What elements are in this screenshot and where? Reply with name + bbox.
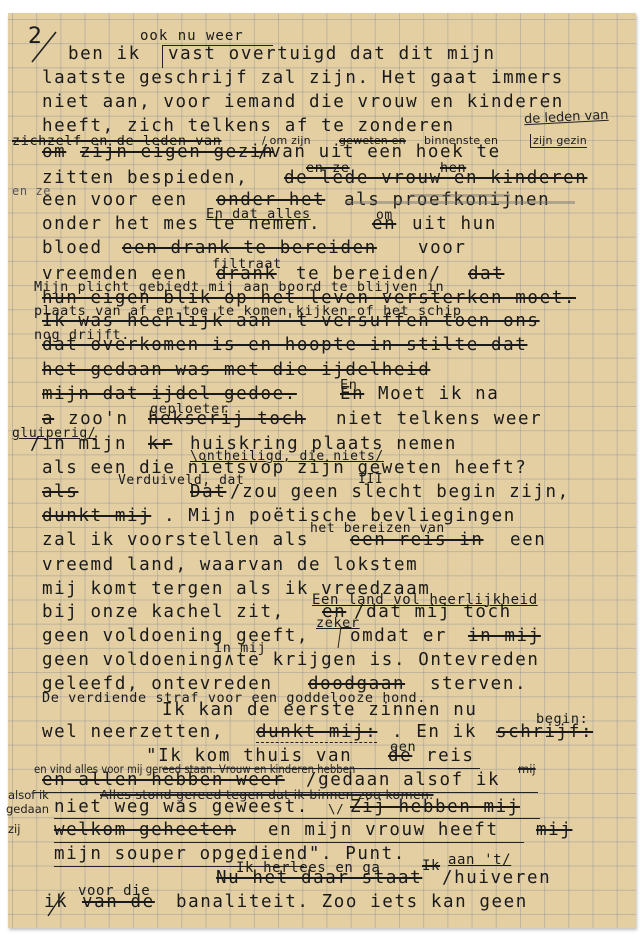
text-line: wel neerzetten, [42,722,224,742]
text-line: als proefkonijnen [344,190,550,210]
struck-text: een drank te bereiden [122,238,377,258]
struck-text: Zij hebben mij [350,797,520,817]
margin-note: alsof ik [8,788,49,802]
text-line: geen voldoening geeft, [42,626,309,646]
text-line: niet aan, voor iemand die vrouw en kinde… [42,92,564,112]
struck-text: in mij [468,626,541,646]
struck-text: de lede vrouw en kinderen [284,168,587,188]
text-line: voor [418,238,467,258]
struck-text: het gedaan was met die ijdelheid [42,360,430,380]
underline-mark [54,818,540,819]
text-line: een [510,530,546,550]
struck-text: En [340,384,364,404]
pencil-smudge [345,201,575,204]
struck-text: de [388,746,412,766]
text-line: reis [426,746,475,766]
text-line: /van uit een hoek te [258,142,501,162]
text-line: banaliteit. Zoo iets kan geen [176,892,528,912]
handwritten-struck-text: mij [518,762,536,776]
strike-slash-icon [44,890,68,918]
struck-text: dunkt mij [42,506,151,526]
text-line: omdat er [350,626,447,646]
insertion: zijn gezin [530,134,587,148]
margin-note: gedaan [6,802,49,816]
text-line: geen voldoening∧te krijgen is. Ontevrede… [42,650,540,670]
text-line: sterven. [430,674,527,694]
text-line: /zou geen slecht begin zijn, [230,482,570,502]
struck-text: Nu het daar staat [216,868,422,888]
text-line: /huiveren [442,868,551,888]
insertion: ook nu weer [140,28,244,44]
insertion: aan 't/ [448,852,511,868]
margin-note: zij [8,822,20,836]
struck-text: zijn eigen gezin [80,142,274,162]
struck-text: hekserij toch [148,409,306,429]
struck-text: schrijf: [496,722,593,742]
struck-text: als [42,482,78,502]
text-line: vast overtuigd dat dit mijn [168,44,496,64]
struck-text: dat overkomen is en hoopte in stilte dat [42,335,527,355]
pencil-smudge [410,194,510,197]
underline-mark [54,842,524,843]
text-line: Moet ik na [378,384,499,404]
text-line: Ik kan de eerste zinnen nu [162,700,478,720]
text-line: vreemd land, waarvan de lokstem [42,555,418,575]
text-line: bij onze kachel zit, [42,602,285,622]
page-number-slash-icon [28,28,58,66]
text-line: als een die niets∨op zijn geweten heeft? [42,458,527,478]
struck-text: kr [148,434,172,454]
text-line: /in mijn [30,434,127,454]
text-line: onder het mes te nemen. [42,214,321,234]
struck-insertion: Ik [422,858,440,874]
struck-text: en [372,214,396,234]
text-line: zal ik voorstellen als [42,530,309,550]
insertion-mark: \/ [328,801,344,816]
struck-text: een reis in [350,530,484,550]
text-line: uit hun [412,214,497,234]
text-line: ben ik [68,44,141,64]
text-line: bloed [42,238,103,258]
text-line: /dat mij toch [354,602,512,622]
text-line: zitten bespieden, [42,168,248,188]
struck-text: om [42,142,66,162]
text-line: laatste geschrijf zal zijn. Het gaat imm… [42,68,564,88]
struck-text: welkom geheeten [54,820,236,840]
struck-text: mij [536,820,572,840]
text-line: een voor een [42,190,188,210]
text-line: niet weg was geweest. [54,797,309,817]
struck-text: van de [82,892,155,912]
struck-text: Dat [190,482,226,502]
text-line: en mijn vrouw heeft [268,820,499,840]
struck-text: dat [468,264,504,284]
struck-text: dunkt mij: [256,722,377,743]
text-line: niet telkens weer [336,409,542,429]
